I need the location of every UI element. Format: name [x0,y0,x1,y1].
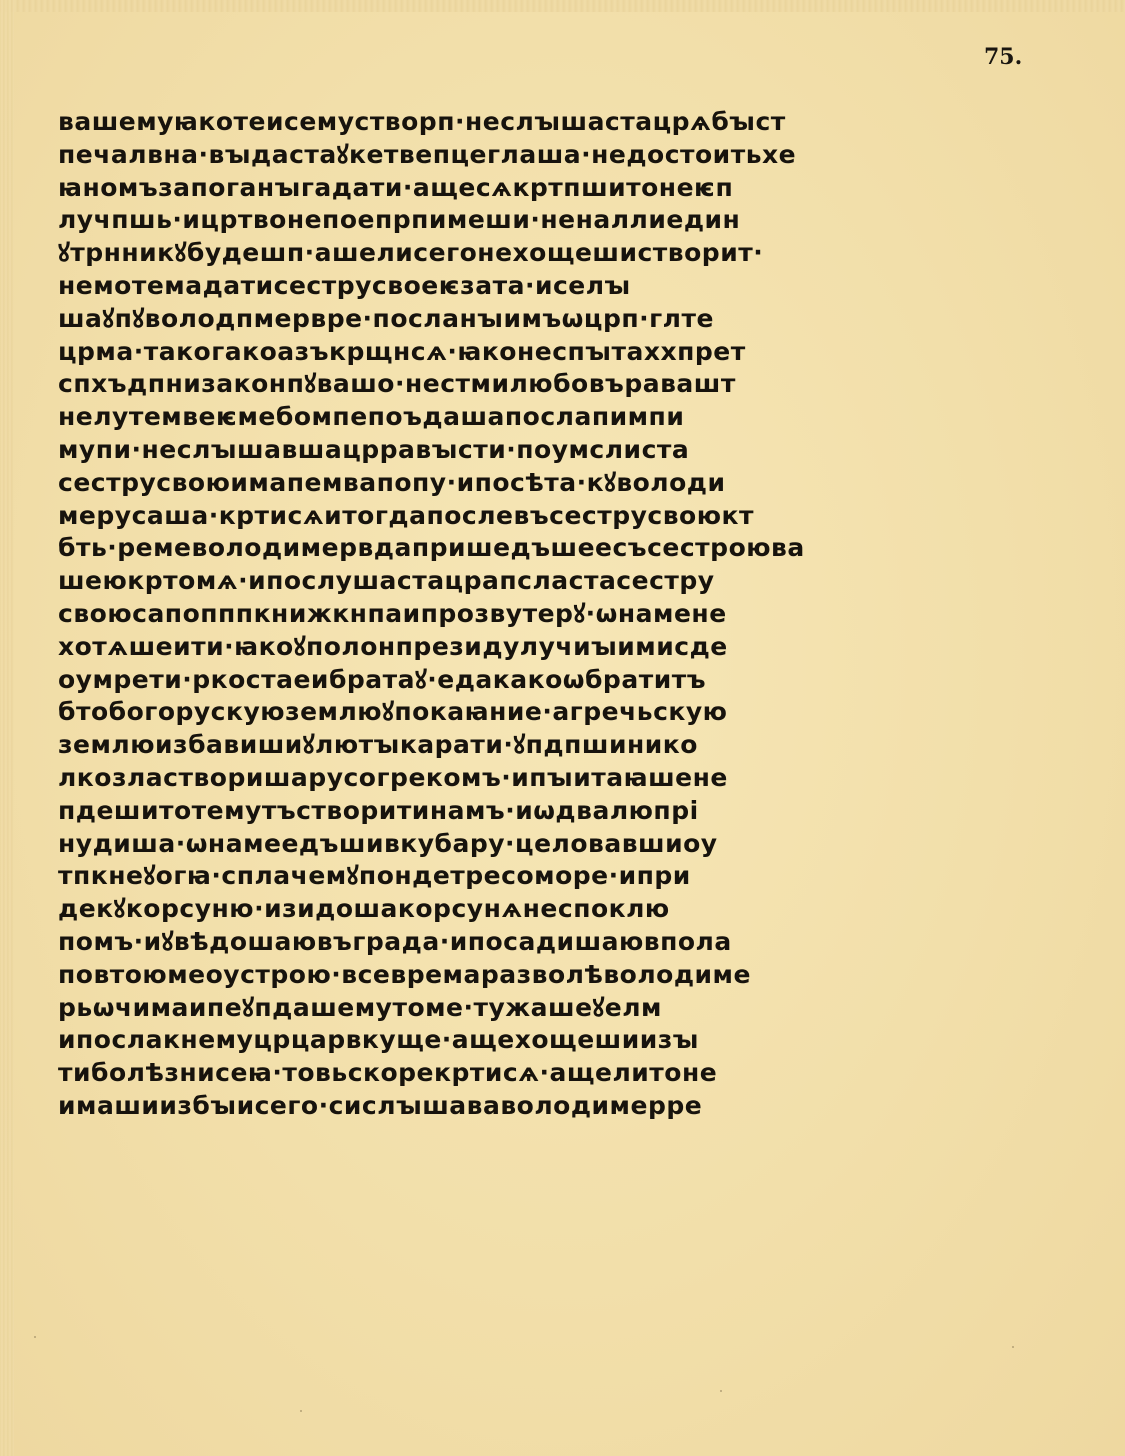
text-line-9: спхъдпнизаконпꙋвашо·нестмилюбовъравашт [58,368,1043,401]
page-gutter-edge [0,0,14,1456]
text-line-7: шаꙋпꙋволодпмервре·посланꙑимъѡцрп·глте [58,303,1043,336]
text-line-12: сеструсвоюимапемвапопу·ипосѣта·кꙋволоди [58,467,1043,500]
text-line-22: пдешитотемутъстворитинамъ·иѡдвалюпрі [58,795,1043,828]
text-line-6: немотемадатисеструсвоеѥзата·иселꙑ [58,270,1043,303]
text-line-2: печалвна·вꙑдастаꙋкетвепцеглаша·недостоит… [58,139,1043,172]
paper-speck [1012,1346,1014,1348]
text-line-26: помъ·иꙋвѣдошаювъграда·ипосадишаювпола [58,926,1043,959]
text-line-16: своюсапопппкнижкнпаипрозвутерꙋ·ѡнамене [58,598,1043,631]
text-line-11: мупи·неслꙑшавшацрравꙑсти·поумслиста [58,434,1043,467]
text-line-24: тпкнеꙋогꙗ·сплачемꙋпондетресоморе·ипри [58,860,1043,893]
manuscript-text-block: вашемуꙗкотеисемустворп·неслꙑшастацрѧбꙑст… [58,106,1043,1123]
paper-speck [720,1390,722,1392]
page-number: 75. [984,44,1022,70]
text-line-3: ꙗномъзапоганꙑгадати·ащесѧкртпшитонеѥп [58,172,1043,205]
text-line-23: нудиша·ѡнамеедъшивкубару·целовавшиоу [58,828,1043,861]
paper-speck [34,1336,36,1338]
text-line-29: ипослакнемуцрцарвкуще·ащехощешиизꙑ [58,1024,1043,1057]
text-line-15: шеюкртомѧ·ипослушастацрапсластасестру [58,565,1043,598]
text-line-8: црма·такогакоазъкрщнсѧ·ꙗконеспꙑтаххпрет [58,336,1043,369]
paper-speck [300,1410,302,1412]
text-line-19: бтобогорускуюземлюꙋпокаꙗние·агречьскую [58,696,1043,729]
text-line-25: декꙋкорсуню·изидошакорсунѧнеспоклю [58,893,1043,926]
text-line-30: тиболѣзнисеꙗ·товьскорекртисѧ·ащелитоне [58,1057,1043,1090]
text-line-18: оумрети·ркостаеибратаꙋ·едакакоѡбратитъ [58,664,1043,697]
text-line-27: повтоюмеоустрою·всевремаразволѣволодиме [58,959,1043,992]
text-line-21: лкозластворишарусогрекомъ·ипꙑитаꙗшене [58,762,1043,795]
text-line-4: лучпшь·ицртвонепоепрпимеши·неналлиедин [58,204,1043,237]
text-line-14: бть·ремеволодимервдапришедъшеесъсестроюв… [58,532,1043,565]
manuscript-page: 75. вашемуꙗкотеисемустворп·неслꙑшастацрѧ… [0,0,1125,1456]
text-line-13: мерусаша·кртисѧитогдапослевъсеструсвоюкт [58,500,1043,533]
text-line-5: ꙋтрнникꙋбудешп·ашелисегонехощешистворит· [58,237,1043,270]
text-line-28: рьѡчимаипеꙋпдашемутоме·тужашеꙋелм [58,992,1043,1025]
text-line-1: вашемуꙗкотеисемустворп·неслꙑшастацрѧбꙑст [58,106,1043,139]
page-top-edge [0,0,1125,12]
text-line-10: нелутемвеѥмебомпепоъдашапослапимпи [58,401,1043,434]
text-line-20: землюизбавишиꙋлютꙑкарати·ꙋпдпшинико [58,729,1043,762]
text-line-31: имашиизбꙑисего·сислꙑшававолодимерре [58,1090,1043,1123]
text-line-17: хотѧшеити·ꙗкоꙋполонпрезидулучиꙑимисде [58,631,1043,664]
